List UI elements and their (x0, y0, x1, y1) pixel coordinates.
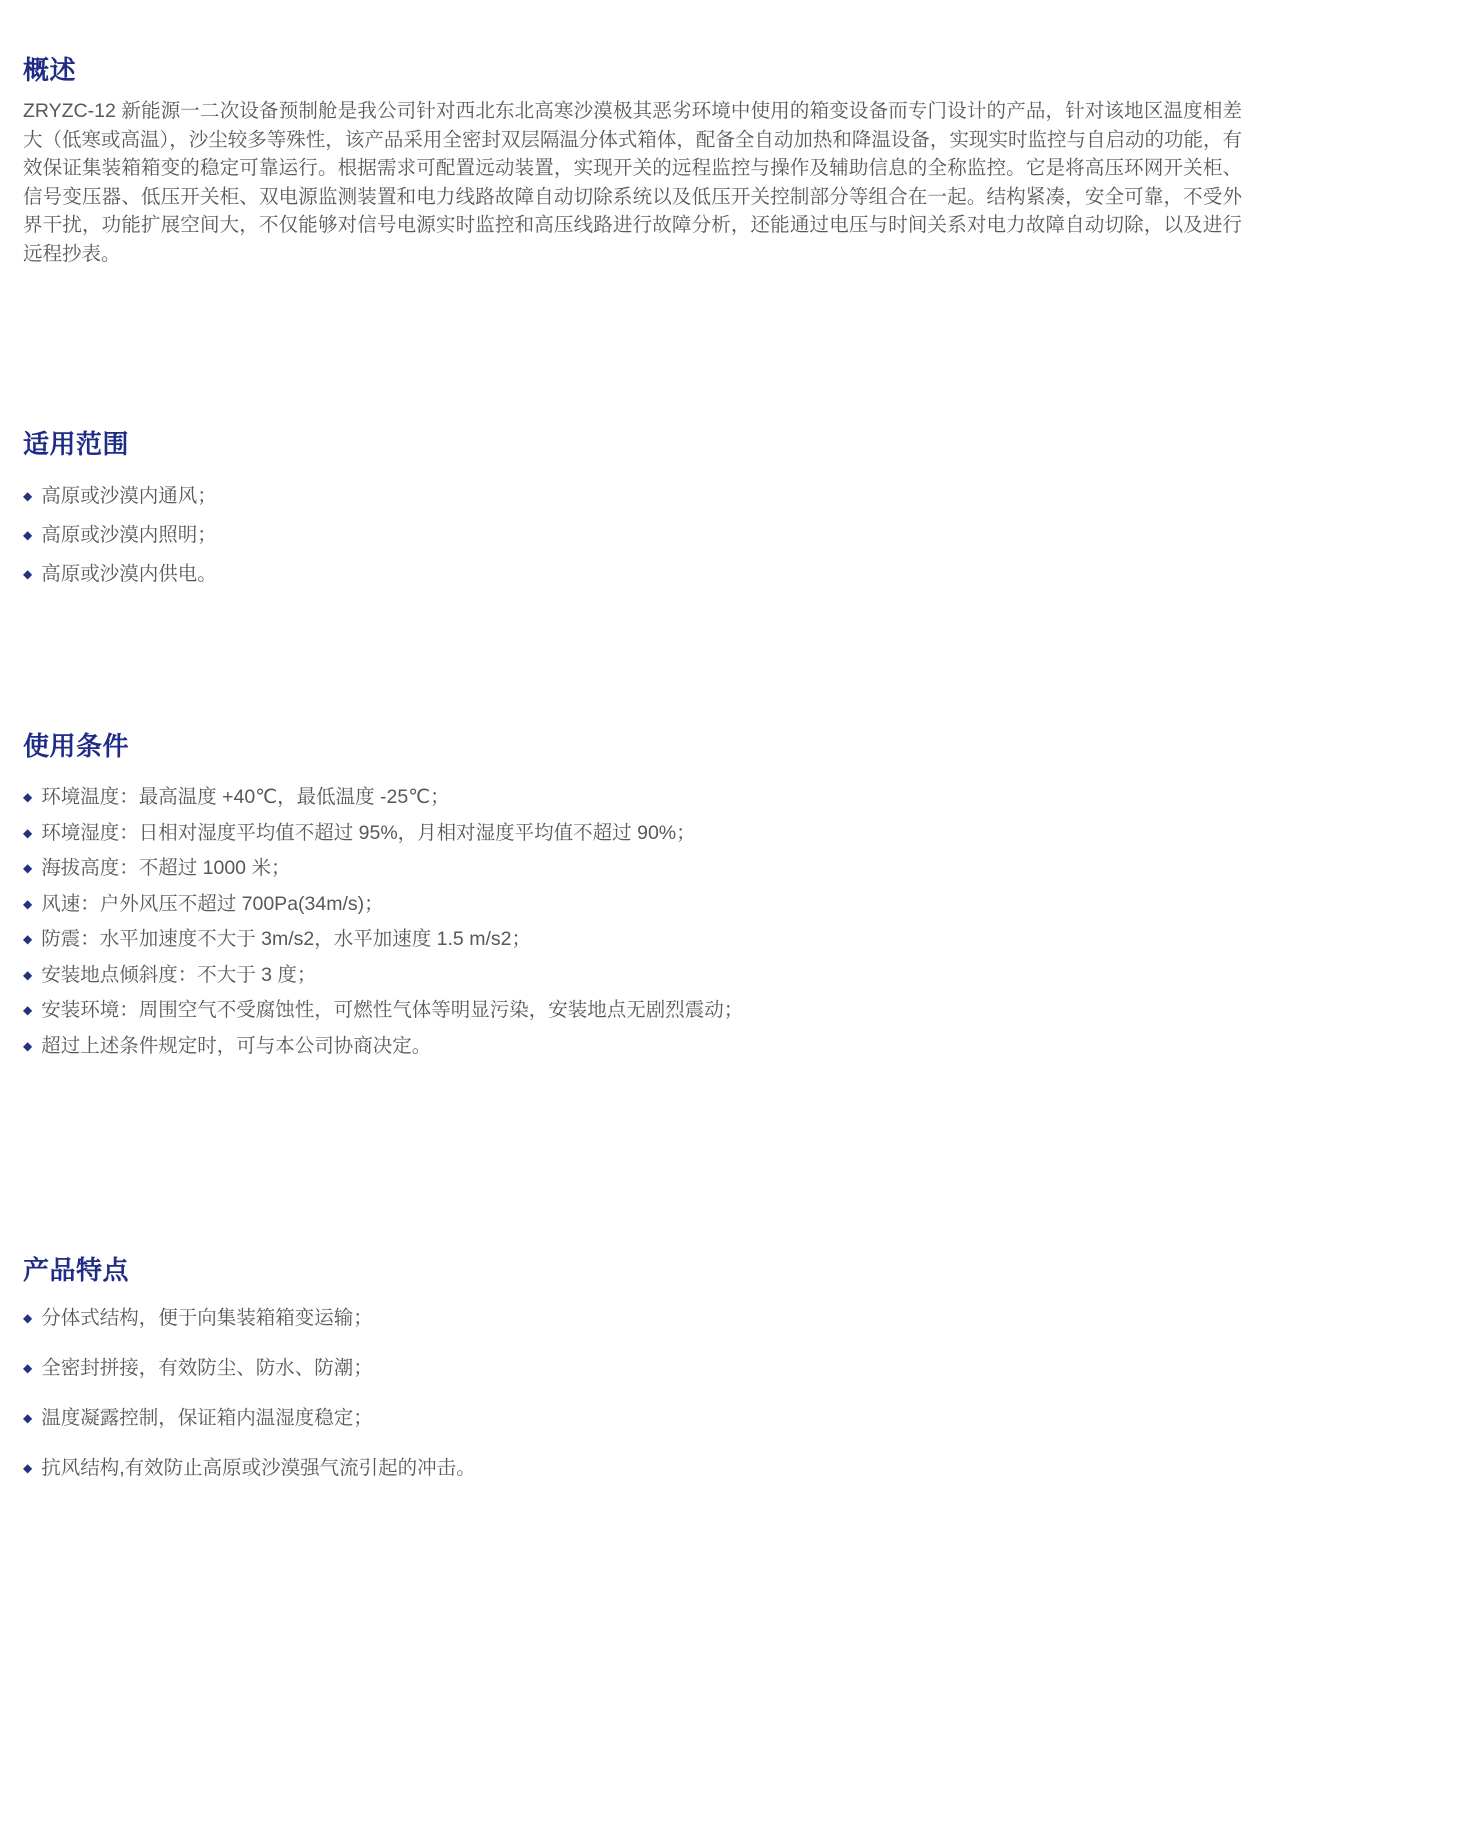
list-item: ◆抗风结构,有效防止高原或沙漠强气流引起的冲击。 (23, 1444, 476, 1494)
list-item-text: 超过上述条件规定时，可与本公司协商决定。 (41, 1035, 431, 1057)
diamond-bullet-icon: ◆ (23, 1294, 32, 1342)
list-item-text: 风速：户外风压不超过 700Pa(34m/s)； (41, 893, 383, 915)
diamond-bullet-icon: ◆ (23, 1394, 32, 1442)
list-item: ◆高原或沙漠内通风； (23, 478, 217, 517)
scope-list: ◆高原或沙漠内通风；◆高原或沙漠内照明；◆高原或沙漠内供电。 (23, 478, 217, 595)
diamond-bullet-icon: ◆ (23, 923, 32, 957)
diamond-bullet-icon: ◆ (23, 478, 32, 515)
list-item: ◆分体式结构，便于向集装箱箱变运输； (23, 1294, 476, 1344)
list-item: ◆温度凝露控制，保证箱内温湿度稳定； (23, 1394, 476, 1444)
list-item-text: 海拔高度：不超过 1000 米； (41, 857, 290, 879)
list-item-text: 分体式结构，便于向集装箱箱变运输； (41, 1307, 373, 1329)
diamond-bullet-icon: ◆ (23, 994, 32, 1028)
list-item-text: 抗风结构,有效防止高原或沙漠强气流引起的冲击。 (41, 1457, 475, 1479)
features-list: ◆分体式结构，便于向集装箱箱变运输；◆全密封拼接，有效防尘、防水、防潮；◆温度凝… (23, 1294, 476, 1494)
list-item: ◆高原或沙漠内照明； (23, 517, 217, 556)
list-item: ◆安装地点倾斜度：不大于 3 度； (23, 959, 743, 995)
list-item-text: 环境温度：最高温度 +40℃，最低温度 -25℃； (41, 786, 449, 808)
list-item: ◆环境温度：最高温度 +40℃，最低温度 -25℃； (23, 781, 743, 817)
list-item: ◆防震：水平加速度不大于 3m/s2，水平加速度 1.5 m/s2； (23, 923, 743, 959)
diamond-bullet-icon: ◆ (23, 517, 32, 554)
list-item-text: 高原或沙漠内照明； (41, 524, 217, 546)
list-item-text: 全密封拼接，有效防尘、防水、防潮； (41, 1357, 373, 1379)
diamond-bullet-icon: ◆ (23, 556, 32, 593)
diamond-bullet-icon: ◆ (23, 1030, 32, 1064)
list-item: ◆风速：户外风压不超过 700Pa(34m/s)； (23, 888, 743, 924)
list-item: ◆海拔高度：不超过 1000 米； (23, 852, 743, 888)
list-item-text: 温度凝露控制，保证箱内温湿度稳定； (41, 1407, 373, 1429)
document-page: 概述 ZRYZC-12 新能源一二次设备预制舱是我公司针对西北东北高寒沙漠极其恶… (0, 0, 1464, 1834)
diamond-bullet-icon: ◆ (23, 1344, 32, 1392)
list-item: ◆高原或沙漠内供电。 (23, 556, 217, 595)
diamond-bullet-icon: ◆ (23, 1444, 32, 1492)
diamond-bullet-icon: ◆ (23, 888, 32, 922)
overview-paragraph: ZRYZC-12 新能源一二次设备预制舱是我公司针对西北东北高寒沙漠极其恶劣环境… (23, 97, 1242, 269)
diamond-bullet-icon: ◆ (23, 959, 32, 993)
list-item-text: 高原或沙漠内供电。 (41, 563, 217, 585)
section-title-overview: 概述 (23, 50, 76, 87)
list-item-text: 环境湿度：日相对湿度平均值不超过 95%，月相对湿度平均值不超过 90%； (41, 822, 695, 844)
list-item: ◆环境湿度：日相对湿度平均值不超过 95%，月相对湿度平均值不超过 90%； (23, 817, 743, 853)
section-title-features: 产品特点 (23, 1250, 129, 1287)
list-item-text: 防震：水平加速度不大于 3m/s2，水平加速度 1.5 m/s2； (41, 928, 531, 950)
list-item: ◆安装环境：周围空气不受腐蚀性，可燃性气体等明显污染，安装地点无剧烈震动； (23, 994, 743, 1030)
list-item-text: 安装地点倾斜度：不大于 3 度； (41, 964, 316, 986)
diamond-bullet-icon: ◆ (23, 817, 32, 851)
list-item-text: 安装环境：周围空气不受腐蚀性，可燃性气体等明显污染，安装地点无剧烈震动； (41, 999, 743, 1021)
conditions-list: ◆环境温度：最高温度 +40℃，最低温度 -25℃；◆环境湿度：日相对湿度平均值… (23, 781, 743, 1065)
list-item-text: 高原或沙漠内通风； (41, 485, 217, 507)
section-title-scope: 适用范围 (23, 424, 129, 461)
list-item: ◆超过上述条件规定时，可与本公司协商决定。 (23, 1030, 743, 1066)
section-title-conditions: 使用条件 (23, 726, 129, 763)
diamond-bullet-icon: ◆ (23, 852, 32, 886)
list-item: ◆全密封拼接，有效防尘、防水、防潮； (23, 1344, 476, 1394)
diamond-bullet-icon: ◆ (23, 781, 32, 815)
